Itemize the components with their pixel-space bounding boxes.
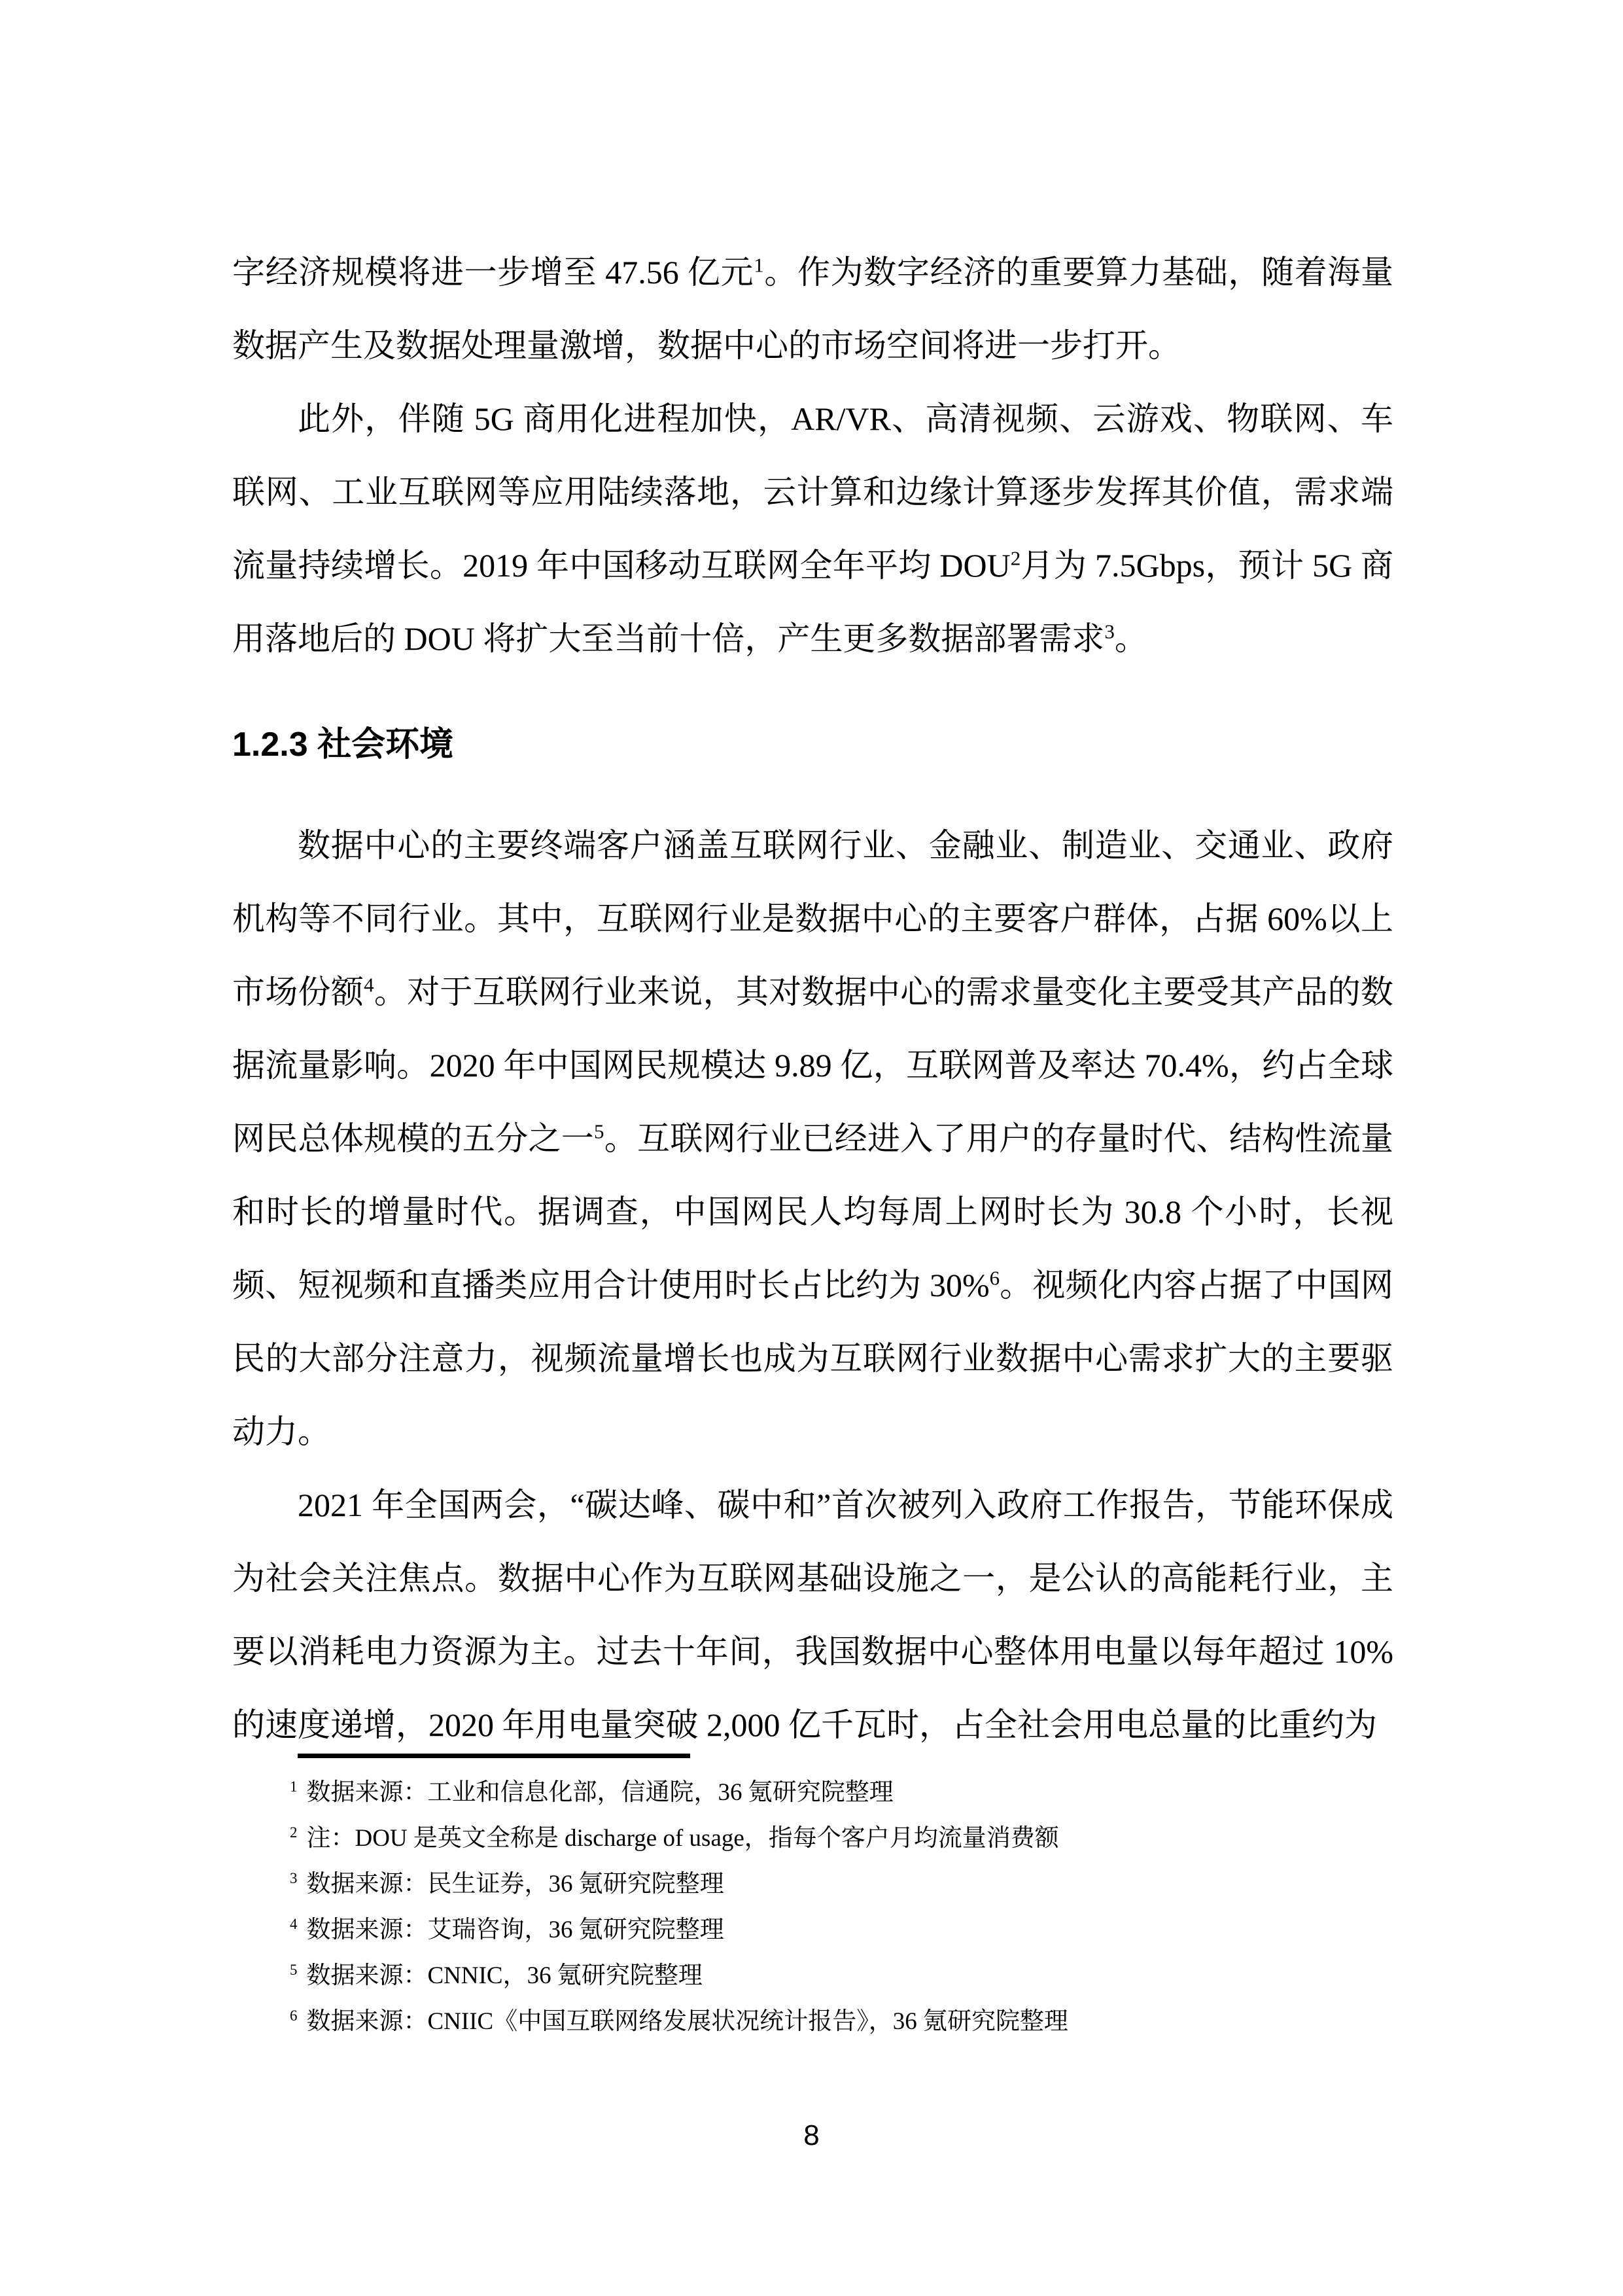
footnote-reference: 1 (754, 253, 764, 276)
body-paragraph: 数据中心的主要终端客户涵盖互联网行业、金融业、制造业、交通业、政府机构等不同行业… (232, 809, 1393, 1468)
footnote: 2注：DOU 是英文全称是 discharge of usage，指每个客户月均… (290, 1816, 1402, 1862)
footnote: 6数据来源：CNIIC《中国互联网络发展状况统计报告》，36 氪研究院整理 (290, 1999, 1402, 2045)
footnote-marker: 2 (290, 1824, 297, 1841)
footnote-reference: 6 (990, 1266, 1000, 1289)
page-number: 8 (0, 2119, 1623, 2153)
footnote-separator (298, 1754, 690, 1758)
footnote-marker: 4 (290, 1916, 297, 1932)
footnote: 4数据来源：艾瑞咨询，36 氪研究院整理 (290, 1907, 1402, 1953)
footnote: 1数据来源：工业和信息化部，信通院，36 氪研究院整理 (290, 1770, 1402, 1816)
body-paragraph: 此外，伴随 5G 商用化进程加快，AR/VR、高清视频、云游戏、物联网、车联网、… (232, 382, 1393, 675)
footnote: 3数据来源：民生证券，36 氪研究院整理 (290, 1862, 1402, 1907)
document-content: 字经济规模将进一步增至 47.56 亿元1。作为数字经济的重要算力基础，随着海量… (232, 236, 1393, 1761)
body-paragraph: 字经济规模将进一步增至 47.56 亿元1。作为数字经济的重要算力基础，随着海量… (232, 236, 1393, 382)
footnote-reference: 2 (1011, 546, 1021, 569)
footnote-marker: 6 (290, 2007, 297, 2024)
footnote-marker: 5 (290, 1962, 297, 1978)
footnote-marker: 1 (290, 1778, 297, 1795)
section-heading: 1.2.3 社会环境 (232, 708, 1393, 781)
document-page: 字经济规模将进一步增至 47.56 亿元1。作为数字经济的重要算力基础，随着海量… (0, 0, 1623, 2296)
footnotes-section: 1数据来源：工业和信息化部，信通院，36 氪研究院整理2注：DOU 是英文全称是… (290, 1754, 1402, 2045)
footnote: 5数据来源：CNNIC，36 氪研究院整理 (290, 1953, 1402, 1999)
body-paragraph: 2021 年全国两会，“碳达峰、碳中和”首次被列入政府工作报告，节能环保成为社会… (232, 1468, 1393, 1761)
footnote-reference: 5 (594, 1120, 604, 1142)
footnote-reference: 3 (1104, 620, 1115, 643)
footnote-list: 1数据来源：工业和信息化部，信通院，36 氪研究院整理2注：DOU 是英文全称是… (290, 1770, 1402, 2045)
footnote-marker: 3 (290, 1870, 297, 1886)
footnote-reference: 4 (364, 973, 374, 996)
